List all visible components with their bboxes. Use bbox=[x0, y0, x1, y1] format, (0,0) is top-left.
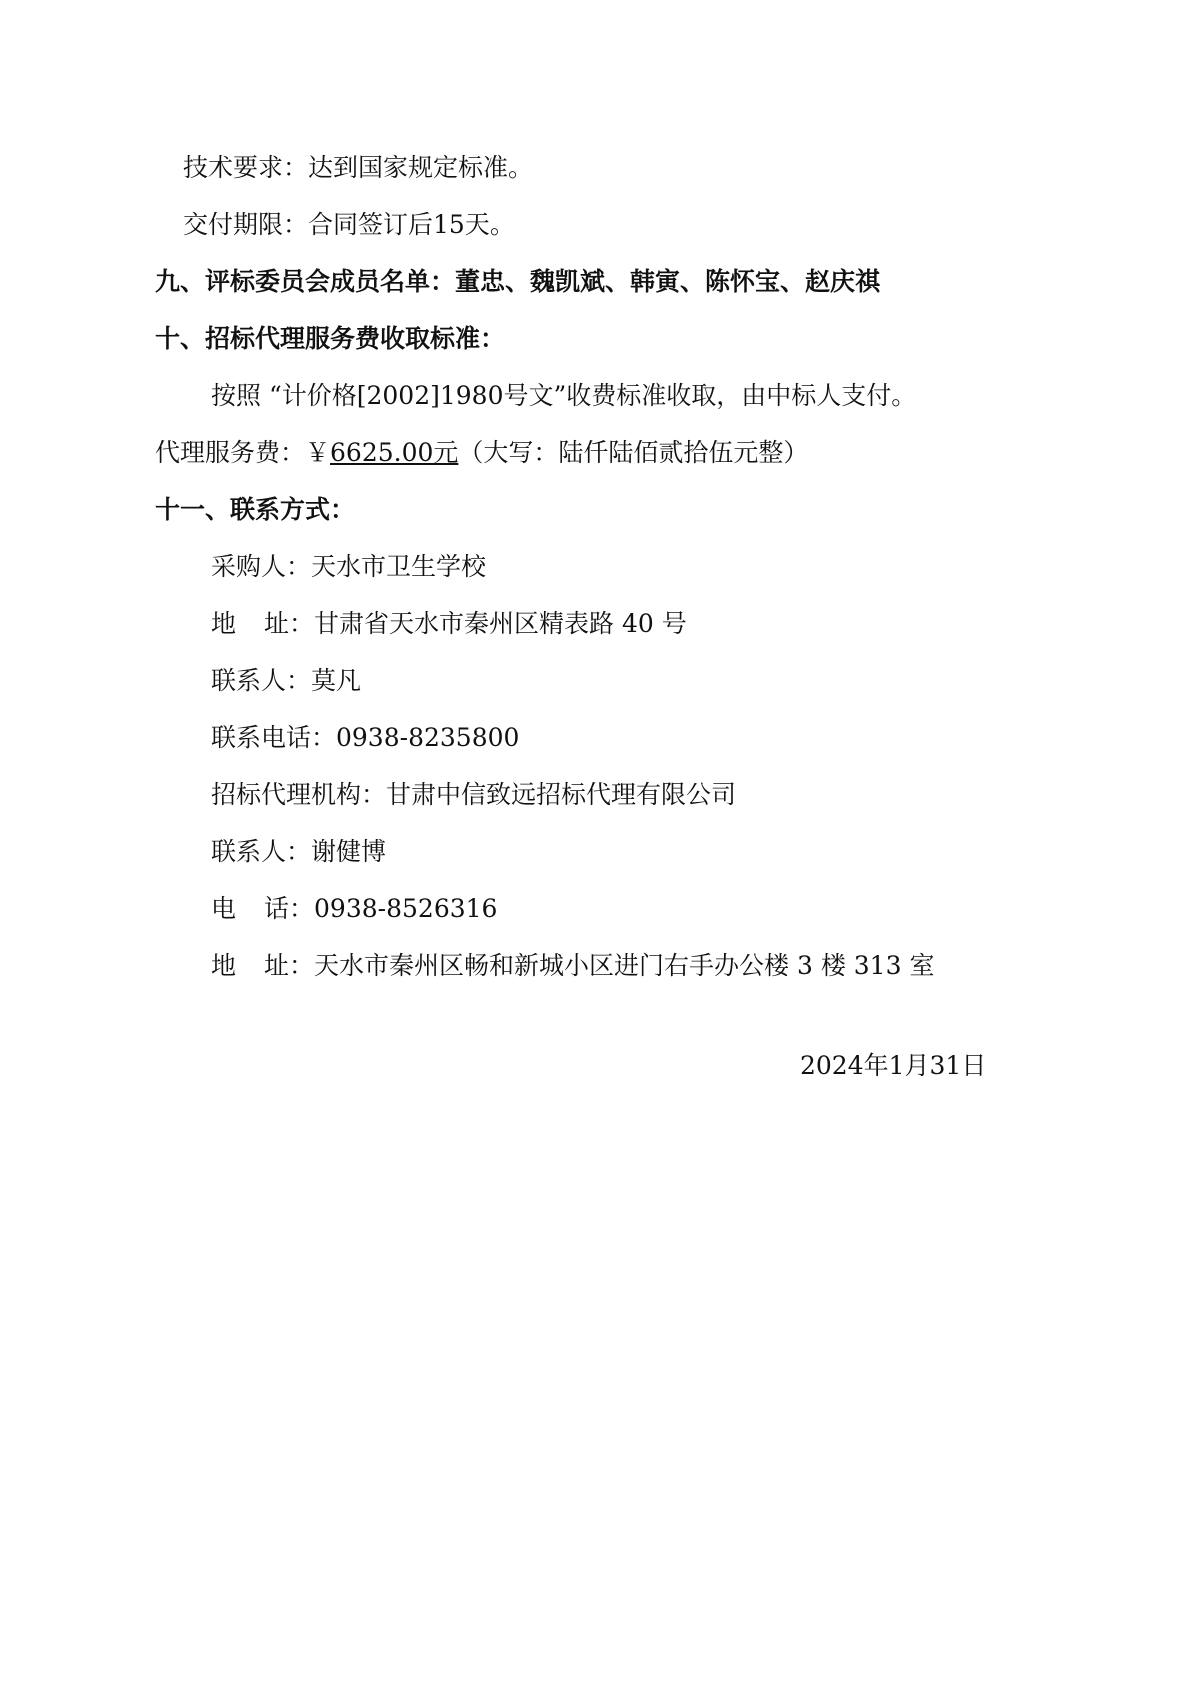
phone-value: 0938-8526316 bbox=[314, 894, 497, 923]
delivery-deadline: 交付期限：合同签订后15天。 bbox=[183, 209, 515, 241]
section-11-heading: 十一、联系方式： bbox=[155, 494, 355, 526]
purchaser: 采购人：天水市卫生学校 bbox=[211, 551, 486, 583]
section-10-heading: 十、招标代理服务费收取标准： bbox=[155, 323, 505, 355]
document-date: 2024年1月31日 bbox=[800, 1050, 986, 1082]
section-9-heading: 九、评标委员会成员名单：董忠、魏凯斌、韩寅、陈怀宝、赵庆祺 bbox=[155, 266, 880, 298]
purchaser-phone: 联系电话：0938-8235800 bbox=[211, 722, 519, 754]
agency-name: 招标代理机构：甘肃中信致远招标代理有限公司 bbox=[211, 779, 736, 811]
address-label-part2: 址： bbox=[264, 609, 314, 638]
phone-label-part1: 电 bbox=[211, 894, 236, 923]
agency-fee: 代理服务费：￥6625.00元（大写：陆仟陆佰贰拾伍元整） bbox=[155, 437, 808, 469]
fee-words: （大写：陆仟陆佰贰拾伍元整） bbox=[458, 438, 808, 467]
address-label-part2: 址： bbox=[264, 951, 314, 980]
purchaser-address: 地址：甘肃省天水市秦州区精表路 40 号 bbox=[211, 608, 687, 640]
address-label-part1: 地 bbox=[211, 951, 236, 980]
fee-basis: 按照 “计价格[2002]1980号文”收费标准收取，由中标人支付。 bbox=[211, 380, 916, 412]
address-value: 甘肃省天水市秦州区精表路 40 号 bbox=[314, 609, 687, 638]
address-value: 天水市秦州区畅和新城小区进门右手办公楼 3 楼 313 室 bbox=[314, 951, 934, 980]
fee-label: 代理服务费：￥ bbox=[155, 438, 330, 467]
agency-contact: 联系人：谢健博 bbox=[211, 836, 386, 868]
purchaser-contact: 联系人：莫凡 bbox=[211, 665, 361, 697]
agency-address: 地址：天水市秦州区畅和新城小区进门右手办公楼 3 楼 313 室 bbox=[211, 950, 934, 982]
address-label-part1: 地 bbox=[211, 609, 236, 638]
agency-phone: 电话：0938-8526316 bbox=[211, 893, 497, 925]
tech-requirement: 技术要求：达到国家规定标准。 bbox=[183, 152, 533, 184]
phone-label-part2: 话： bbox=[264, 894, 314, 923]
fee-amount: 6625.00元 bbox=[330, 438, 458, 467]
